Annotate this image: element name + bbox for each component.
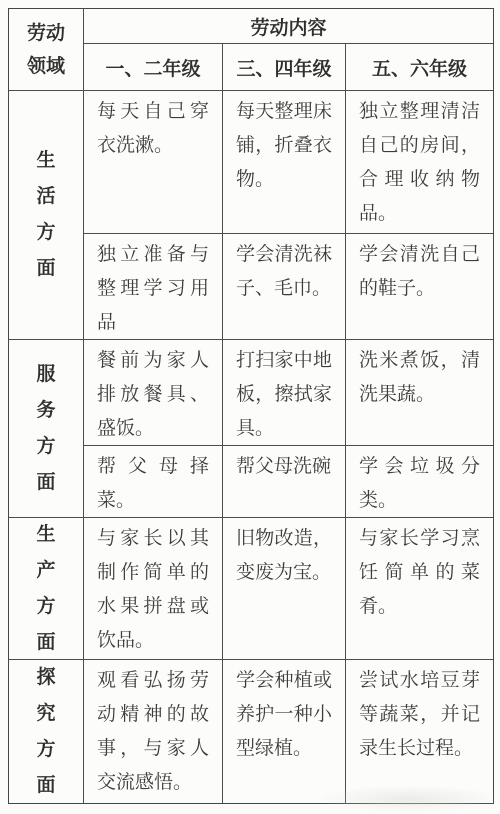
header-labor-content-label: 劳动内容 [250, 13, 326, 40]
header-labor-domain: 劳动领域 [9, 9, 84, 91]
section-label-daily-life: 生活方面 [9, 91, 84, 340]
section-label-production-text: 生产方面 [36, 518, 56, 660]
cell-exploration-g12: 观看弘扬劳动精神的故事，与家人交流感悟。 [84, 660, 223, 803]
header-labor-content: 劳动内容 [84, 9, 493, 44]
cell-production-g34: 旧物改造，变废为宝。 [223, 518, 346, 660]
cell-service-r1-g56: 洗米煮饭，清洗果蔬。 [346, 340, 493, 446]
section-label-production: 生产方面 [9, 518, 84, 660]
header-grade-5-6: 五、六年级 [346, 44, 493, 91]
cell-service-r2-g12: 帮父母择菜。 [84, 446, 223, 518]
section-label-service: 服务方面 [9, 340, 84, 518]
labor-education-table: 劳动领域 劳动内容 一、二年级 三、四年级 五、六年级 生活方面 每天自己穿衣洗… [8, 8, 494, 804]
cell-exploration-g34: 学会种植或养护一种小型绿植。 [223, 660, 346, 803]
cell-service-r1-g34: 打扫家中地板，擦拭家具。 [223, 340, 346, 446]
header-grade-1-2-label: 一、二年级 [105, 54, 200, 81]
cell-production-g12: 与家长以其制作简单的水果拼盘或饮品。 [84, 518, 223, 660]
cell-exploration-g56: 尝试水培豆芽等蔬菜，并记录生长过程。 [346, 660, 493, 803]
scanned-document-page: 劳动领域 劳动内容 一、二年级 三、四年级 五、六年级 生活方面 每天自己穿衣洗… [0, 0, 500, 814]
cell-service-r2-g56: 学会垃圾分类。 [346, 446, 493, 518]
section-label-service-text: 服务方面 [36, 357, 56, 501]
cell-service-r1-g12: 餐前为家人排放餐具、盛饭。 [84, 340, 223, 446]
cell-life-r2-g56: 学会清洗自己的鞋子。 [346, 234, 493, 340]
header-grade-5-6-label: 五、六年级 [372, 54, 467, 81]
cell-production-g56: 与家长学习烹饪简单的菜肴。 [346, 518, 493, 660]
cell-life-r1-g56: 独立整理清洁自己的房间，合理收纳物品。 [346, 91, 493, 234]
cell-life-r1-g12: 每天自己穿衣洗漱。 [84, 91, 223, 234]
header-grade-1-2: 一、二年级 [84, 44, 223, 91]
section-label-exploration: 探究方面 [9, 660, 84, 803]
cell-life-r2-g12: 独立准备与整理学习用品 [84, 234, 223, 340]
section-label-daily-life-text: 生活方面 [36, 143, 56, 287]
section-label-exploration-text: 探究方面 [36, 660, 56, 803]
cell-life-r1-g34: 每天整理床铺，折叠衣物。 [223, 91, 346, 234]
header-labor-domain-label: 劳动领域 [26, 17, 67, 83]
header-grade-3-4-label: 三、四年级 [236, 54, 331, 81]
cell-life-r2-g34: 学会清洗袜子、毛巾。 [223, 234, 346, 340]
header-grade-3-4: 三、四年级 [223, 44, 346, 91]
cell-service-r2-g34: 帮父母洗碗 [223, 446, 346, 518]
